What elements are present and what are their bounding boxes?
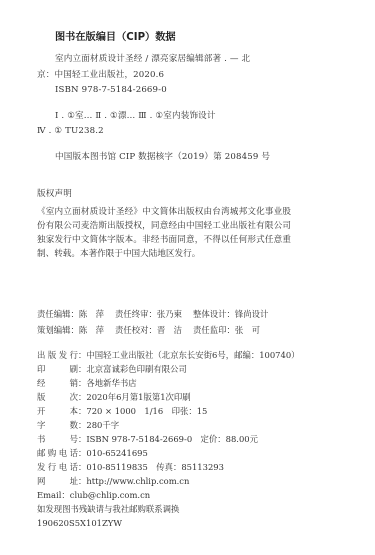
- colophon-mail-order-phone: 邮购电话：010-65241695: [37, 448, 148, 459]
- cip-data-check: 中国版本图书馆 CIP 数据核字（2019）第 208459 号: [55, 152, 270, 163]
- print-code: 190620S5X101ZYW: [37, 518, 122, 529]
- colophon-value: 中国轻工业出版社（北京东长安街6号，邮编：100740）: [86, 350, 299, 360]
- colophon-website: 网址：http://www.chlip.com.cn: [37, 476, 189, 487]
- credit-value: 晋 洁: [157, 325, 182, 335]
- email-link[interactable]: club@chlip.com.cn: [70, 490, 150, 500]
- credit-planning-editor: 策划编辑：陈 萍: [37, 325, 115, 336]
- cip-subject-line1: Ⅰ . ①室… Ⅱ . ①漂… Ⅲ . ①室内装饰设计: [55, 111, 216, 122]
- colophon-label: 印刷: [37, 364, 78, 375]
- credit-print-supervisor: 责任监印：张 可: [193, 325, 283, 336]
- cip-subject-line2: Ⅳ . ① TU238.2: [37, 126, 104, 137]
- credit-proofreader: 责任校对：晋 洁: [115, 325, 193, 336]
- colophon-distribution-phone: 发行电话：010-85119835 传真：85113293: [37, 462, 224, 473]
- colophon-label: 邮购电话: [37, 448, 78, 459]
- colophon-label: 版次: [37, 392, 78, 403]
- copyright-page: 图书在版编目（CIP）数据 室内立面材质设计圣经 / 漂亮家居编辑部著 . — …: [0, 0, 375, 555]
- colophon-label: 发行电话: [37, 462, 78, 473]
- credit-editor: 责任编辑：陈 萍: [37, 309, 115, 320]
- colophon-label: 出版发行: [37, 350, 78, 361]
- cip-title: 图书在版编目（CIP）数据: [55, 31, 176, 44]
- credit-value: 张乃柬: [157, 309, 182, 319]
- colophon-value: 010-85119835 传真：85113293: [86, 462, 224, 472]
- cip-entry-line1: 室内立面材质设计圣经 / 漂亮家居编辑部著 . — 北: [55, 54, 250, 65]
- colophon-value: ISBN 978-7-5184-2669-0 定价：88.00元: [86, 434, 258, 444]
- credit-value: 陈 萍: [79, 325, 104, 335]
- credits-row: 策划编辑：陈 萍责任校对：晋 洁责任监印：张 可: [37, 325, 283, 336]
- credits-row: 责任编辑：陈 萍责任终审：张乃柬整体设计：锋尚设计: [37, 309, 283, 320]
- email-label: Email：: [37, 490, 70, 500]
- colophon-publisher: 出版发行：中国轻工业出版社（北京东长安街6号，邮编：100740）: [37, 350, 300, 361]
- credit-design: 整体设计：锋尚设计: [193, 309, 283, 320]
- colophon-book-number: 书号：ISBN 978-7-5184-2669-0 定价：88.00元: [37, 434, 258, 445]
- colophon-label: 经销: [37, 378, 78, 389]
- credit-label: 策划编辑：: [37, 325, 79, 335]
- colophon-value: 2020年6月第1版第1次印刷: [86, 392, 190, 402]
- credit-value: 锋尚设计: [235, 309, 269, 319]
- cip-isbn: ISBN 978-7-5184-2669-0: [55, 85, 167, 96]
- colophon-value: 010-65241695: [86, 448, 147, 458]
- colophon-website-link[interactable]: http://www.chlip.com.cn: [86, 476, 189, 486]
- credit-final-review: 责任终审：张乃柬: [115, 309, 193, 320]
- credit-value: 陈 萍: [79, 309, 104, 319]
- copyright-heading: 版权声明: [37, 189, 72, 200]
- credit-label: 责任监印：: [193, 325, 235, 335]
- colophon-distributor: 经销：各地新华书店: [37, 378, 137, 389]
- credit-value: 张 可: [235, 325, 260, 335]
- copyright-body: 《室内立面材质设计圣经》中文简体出版权由台湾城邦文化事业股份有限公司麦浩斯出版授…: [37, 205, 291, 261]
- colophon-value: 280千字: [86, 420, 119, 430]
- colophon-format: 开本：720 × 1000 1/16 印张：15: [37, 406, 207, 417]
- cip-entry-line2: 京：中国轻工业出版社，2020.6: [37, 70, 164, 81]
- colophon-printer: 印刷：北京富诚彩色印刷有限公司: [37, 364, 187, 375]
- colophon-value: 720 × 1000 1/16 印张：15: [86, 406, 207, 416]
- credit-label: 责任终审：: [115, 309, 157, 319]
- colophon-label: 字数: [37, 420, 78, 431]
- colophon-label: 书号: [37, 434, 78, 445]
- defect-notice: 如发现图书残缺请与我社邮购联系调换: [37, 504, 179, 515]
- credit-label: 整体设计：: [193, 309, 235, 319]
- colophon-label: 网址: [37, 476, 78, 487]
- colophon-value: 各地新华书店: [86, 378, 136, 388]
- colophon-label: 开本: [37, 406, 78, 417]
- colophon-word-count: 字数：280千字: [37, 420, 119, 431]
- colophon-email: Email：club@chlip.com.cn: [37, 490, 150, 501]
- colophon-value: 北京富诚彩色印刷有限公司: [86, 364, 187, 374]
- colophon-edition: 版次：2020年6月第1版第1次印刷: [37, 392, 191, 403]
- credit-label: 责任校对：: [115, 325, 157, 335]
- credit-label: 责任编辑：: [37, 309, 79, 319]
